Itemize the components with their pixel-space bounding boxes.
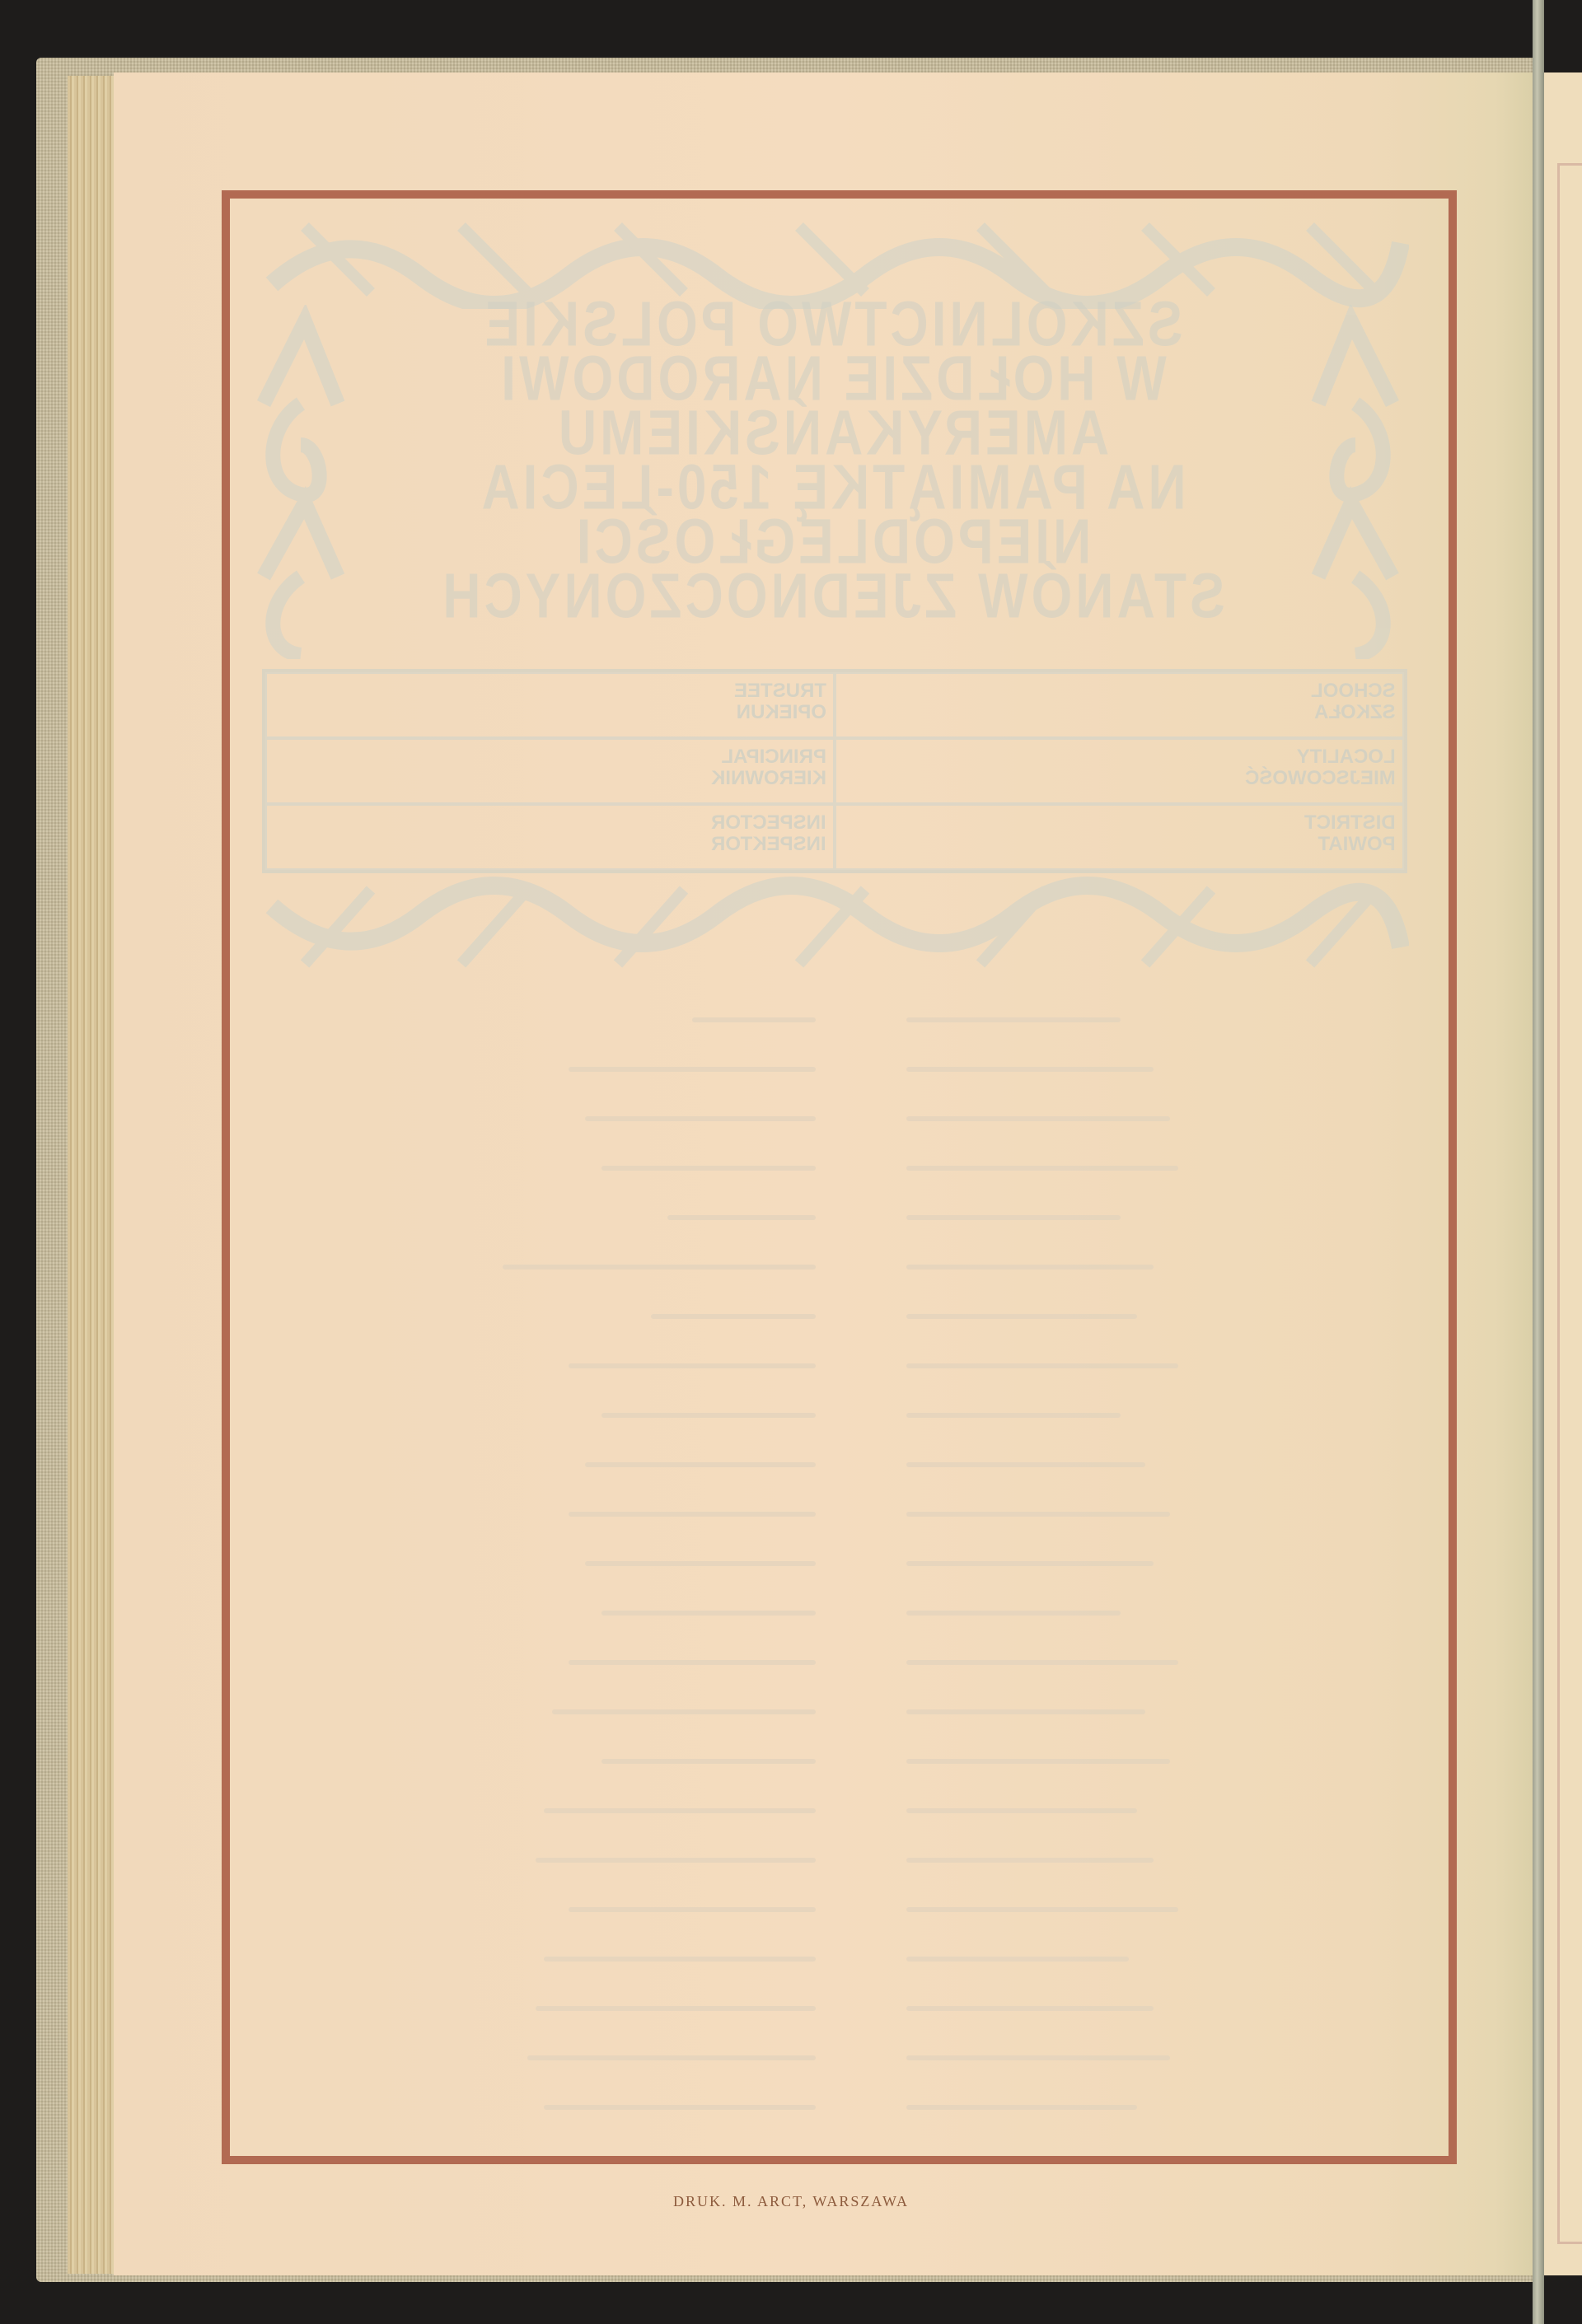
table-cell: PRINCIPALKIEROWNIK [265,738,835,804]
table-cell: INSPECTORINSPEKTOR [265,804,835,870]
handwriting-stroke [906,2006,1154,2011]
handwriting-stroke [569,1067,816,1072]
handwriting-stroke [906,2105,1137,2110]
handwriting-stroke [503,1265,816,1270]
handwriting-stroke [906,1561,1154,1566]
handwriting-stroke [906,1957,1129,1962]
handwriting-stroke [906,1413,1121,1418]
handwriting-stroke [544,1808,816,1813]
handwriting-stroke [667,1215,816,1220]
table-cell: DISTRICTPOWIAT [835,804,1404,870]
handwriting-stroke [906,1462,1145,1467]
handwriting-stroke [906,1808,1137,1813]
handwriting-stroke [552,1709,816,1714]
handwriting-stroke [585,1561,816,1566]
bleed-through-info-table: TRUSTEEOPIEKUN SCHOOLSZKOŁA PRINCIPALKIE… [262,669,1407,873]
handwriting-stroke [601,1611,816,1616]
table-cell: TRUSTEEOPIEKUN [265,672,835,738]
handwriting-stroke [601,1759,816,1764]
next-page-sliver [1544,72,1582,2275]
printer-imprint: DRUK. M. ARCT, WARSZAWA [0,2193,1582,2210]
handwriting-stroke [906,1660,1178,1665]
handwriting-stroke [906,1858,1154,1863]
table-cell: LOCALITYMIEJSCOWOŚĆ [835,738,1404,804]
handwriting-stroke [536,1858,816,1863]
handwriting-stroke [906,1759,1170,1764]
handwriting-stroke [569,1363,816,1368]
handwriting-stroke [906,1512,1170,1517]
handwriting-stroke [906,1067,1154,1072]
book-gutter [1533,0,1544,2324]
handwriting-stroke [601,1166,816,1171]
page-edges [68,76,115,2274]
handwriting-stroke [906,1017,1121,1022]
handwriting-stroke [544,1957,816,1962]
handwriting-stroke [569,1660,816,1665]
handwriting-stroke [585,1462,816,1467]
table-cell: SCHOOLSZKOŁA [835,672,1404,738]
bottom-ornament-icon [255,873,1409,972]
handwriting-stroke [906,1363,1178,1368]
title-line: STANÓW ZJEDNOCZONYCH [255,563,1409,628]
handwriting-stroke [651,1314,816,1319]
handwriting-stroke [585,1116,816,1121]
handwriting-stroke [601,1413,816,1418]
handwriting-stroke [906,1265,1154,1270]
handwriting-stroke [906,1709,1145,1714]
handwriting-stroke [906,1907,1178,1912]
handwriting-stroke [536,2006,816,2011]
handwriting-stroke [544,2105,816,2110]
handwriting-stroke [906,1166,1178,1171]
handwriting-stroke [692,1017,816,1022]
handwriting-stroke [906,1314,1137,1319]
handwriting-stroke [906,1116,1170,1121]
handwriting-stroke [906,1611,1121,1616]
handwriting-stroke [906,1215,1121,1220]
handwriting-stroke [527,2055,816,2060]
handwriting-stroke [569,1907,816,1912]
bleed-through-title: SZKOLNICTWO POLSKIE W HOŁDZIE NARODOWI A… [255,297,1409,623]
handwriting-stroke [569,1512,816,1517]
handwriting-stroke [906,2055,1170,2060]
